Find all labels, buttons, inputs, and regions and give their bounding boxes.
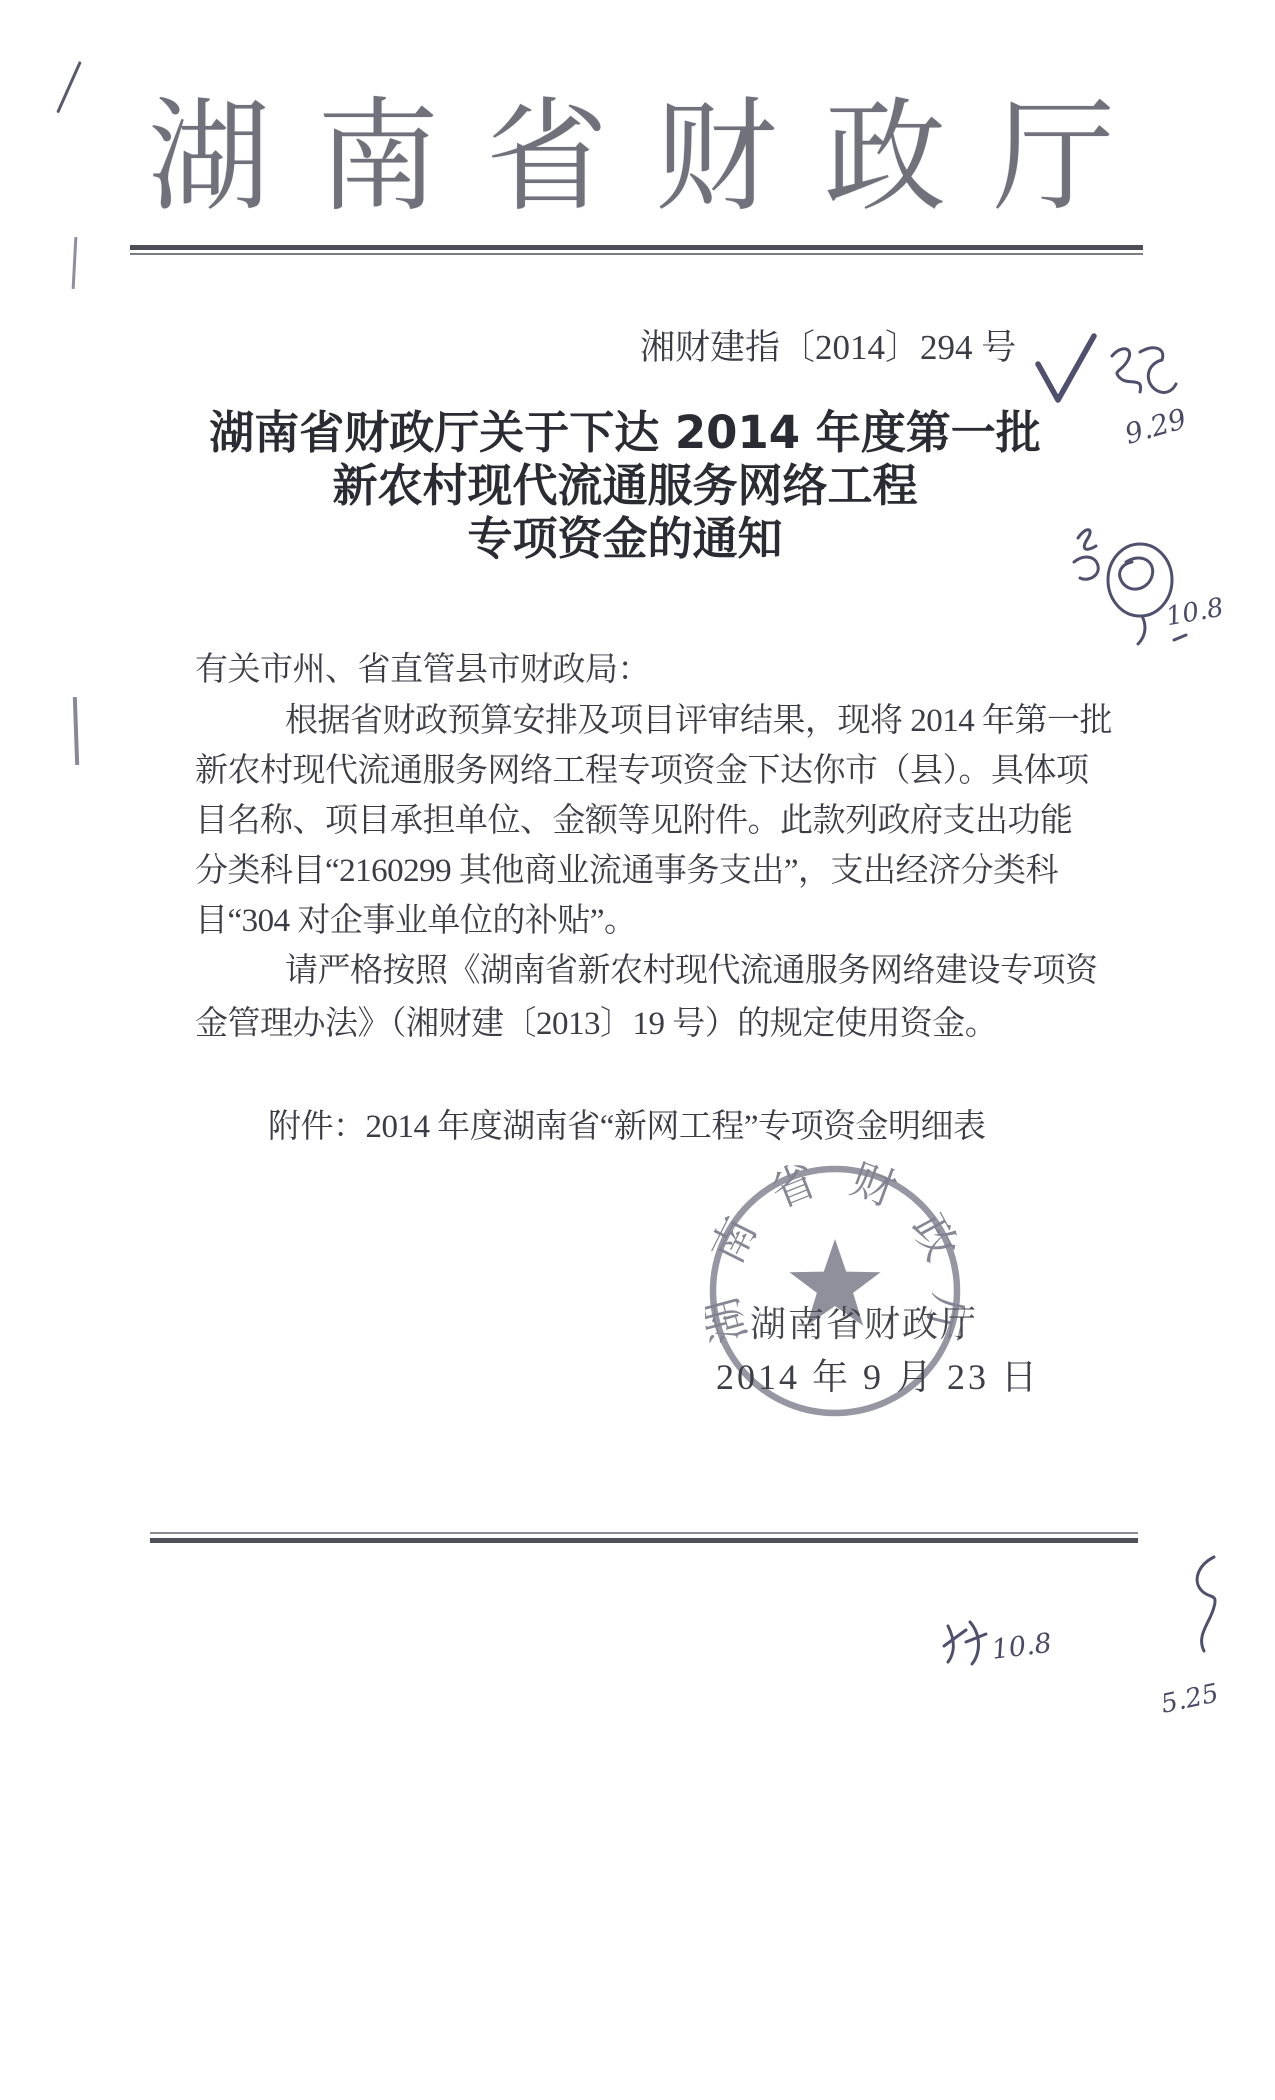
- handwritten-checkmark-icon: [1038, 336, 1094, 400]
- letterhead-rule-thin: [130, 253, 1143, 255]
- body-line: 根据省财政预算安排及项目评审结果，现将 2014 年第一批: [285, 694, 1112, 741]
- handwritten-scribble: [1078, 530, 1096, 550]
- body-line: 目“304 对企事业单位的补贴”。: [195, 894, 637, 941]
- scanned-document-page: 湖南省财政厅 湘财建指〔2014〕294 号 9.29 湖南省财政厅关于下达 2…: [0, 0, 1275, 2100]
- handwritten-tick: [1174, 635, 1186, 640]
- body-line: 新农村现代流通服务网络工程专项资金下达你市（县）。具体项: [195, 744, 1089, 791]
- handwritten-scribble: [1138, 616, 1145, 644]
- document-number: 湘财建指〔2014〕294 号: [640, 320, 1016, 370]
- handwritten-scribble: [1140, 348, 1176, 393]
- body-line: 金管理办法》（湘财建〔2013〕19 号）的规定使用资金。: [195, 997, 997, 1044]
- pen-slash-mark: [56, 61, 82, 113]
- title-line-3: 专项资金的通知: [0, 512, 1250, 565]
- attachment-reference: 附件：2014 年度湖南省“新网工程”专项资金明细表: [268, 1100, 986, 1147]
- handwritten-circled-note: 10.8: [1066, 518, 1236, 650]
- handwritten-date: 10.8: [990, 1628, 1053, 1666]
- letterhead-agency-name: 湖南省财政厅: [148, 92, 1162, 226]
- handwritten-scribble: [944, 1630, 966, 1646]
- handwritten-date: 10.8: [1164, 593, 1226, 633]
- signoff-date: 2014 年 9 月 23 日: [716, 1349, 1040, 1400]
- letterhead-rule-thick: [130, 245, 1143, 250]
- document-title: 湖南省财政厅关于下达 2014 年度第一批 新农村现代流通服务网络工程 专项资金…: [0, 406, 1250, 565]
- body-salutation: 有关市州、省直管县市财政局：: [195, 643, 650, 690]
- handwritten-footer-note-2: 5.25: [1150, 1545, 1245, 1730]
- signoff-agency-name: 湖南省财政厅: [750, 1296, 978, 1347]
- handwritten-scribble: [1112, 349, 1141, 392]
- handwritten-flourish: [1197, 1557, 1215, 1651]
- handwritten-scribble: [970, 1622, 979, 1664]
- staple-mark-middle: [73, 697, 79, 765]
- staple-mark-top: [72, 237, 78, 289]
- body-line: 目名称、项目承担单位、金额等见附件。此款列政府支出功能: [195, 794, 1073, 841]
- title-line-2: 新农村现代流通服务网络工程: [0, 459, 1250, 512]
- footer-rule-thick: [150, 1538, 1138, 1543]
- handwritten-date: 5.25: [1158, 1678, 1221, 1719]
- handwritten-circle: [1108, 544, 1172, 616]
- body-line: 分类科目“2160299 其他商业流通事务支出”，支出经济分类科: [195, 844, 1058, 891]
- body-line: 请严格按照《湖南省新农村现代流通服务网络建设专项资: [285, 944, 1098, 991]
- footer-rule-thin: [150, 1532, 1138, 1534]
- handwritten-footer-note: 10.8: [936, 1606, 1076, 1676]
- title-line-1: 湖南省财政厅关于下达 2014 年度第一批: [0, 406, 1250, 459]
- handwritten-scribble: [1120, 558, 1153, 589]
- handwritten-scribble: [1074, 557, 1098, 579]
